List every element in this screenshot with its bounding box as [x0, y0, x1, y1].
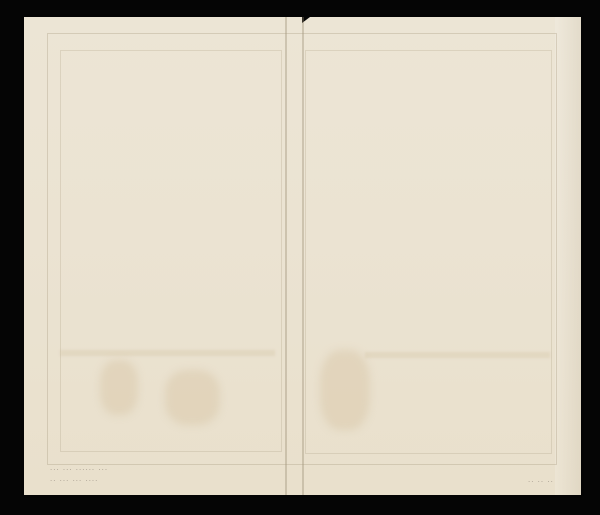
sheet-right-edge [555, 17, 581, 495]
right-caption-band [365, 352, 550, 358]
left-caption-band [60, 350, 275, 356]
pencil-annotation: ·· ·· ·· [528, 478, 554, 486]
pencil-annotation: ··· ··· ······ ··· [50, 466, 108, 474]
show-through-figure [100, 360, 138, 415]
show-through-figure [165, 370, 220, 425]
pencil-annotation: ·· ··· ··· ···· [50, 477, 98, 485]
show-through-figure [320, 350, 370, 430]
